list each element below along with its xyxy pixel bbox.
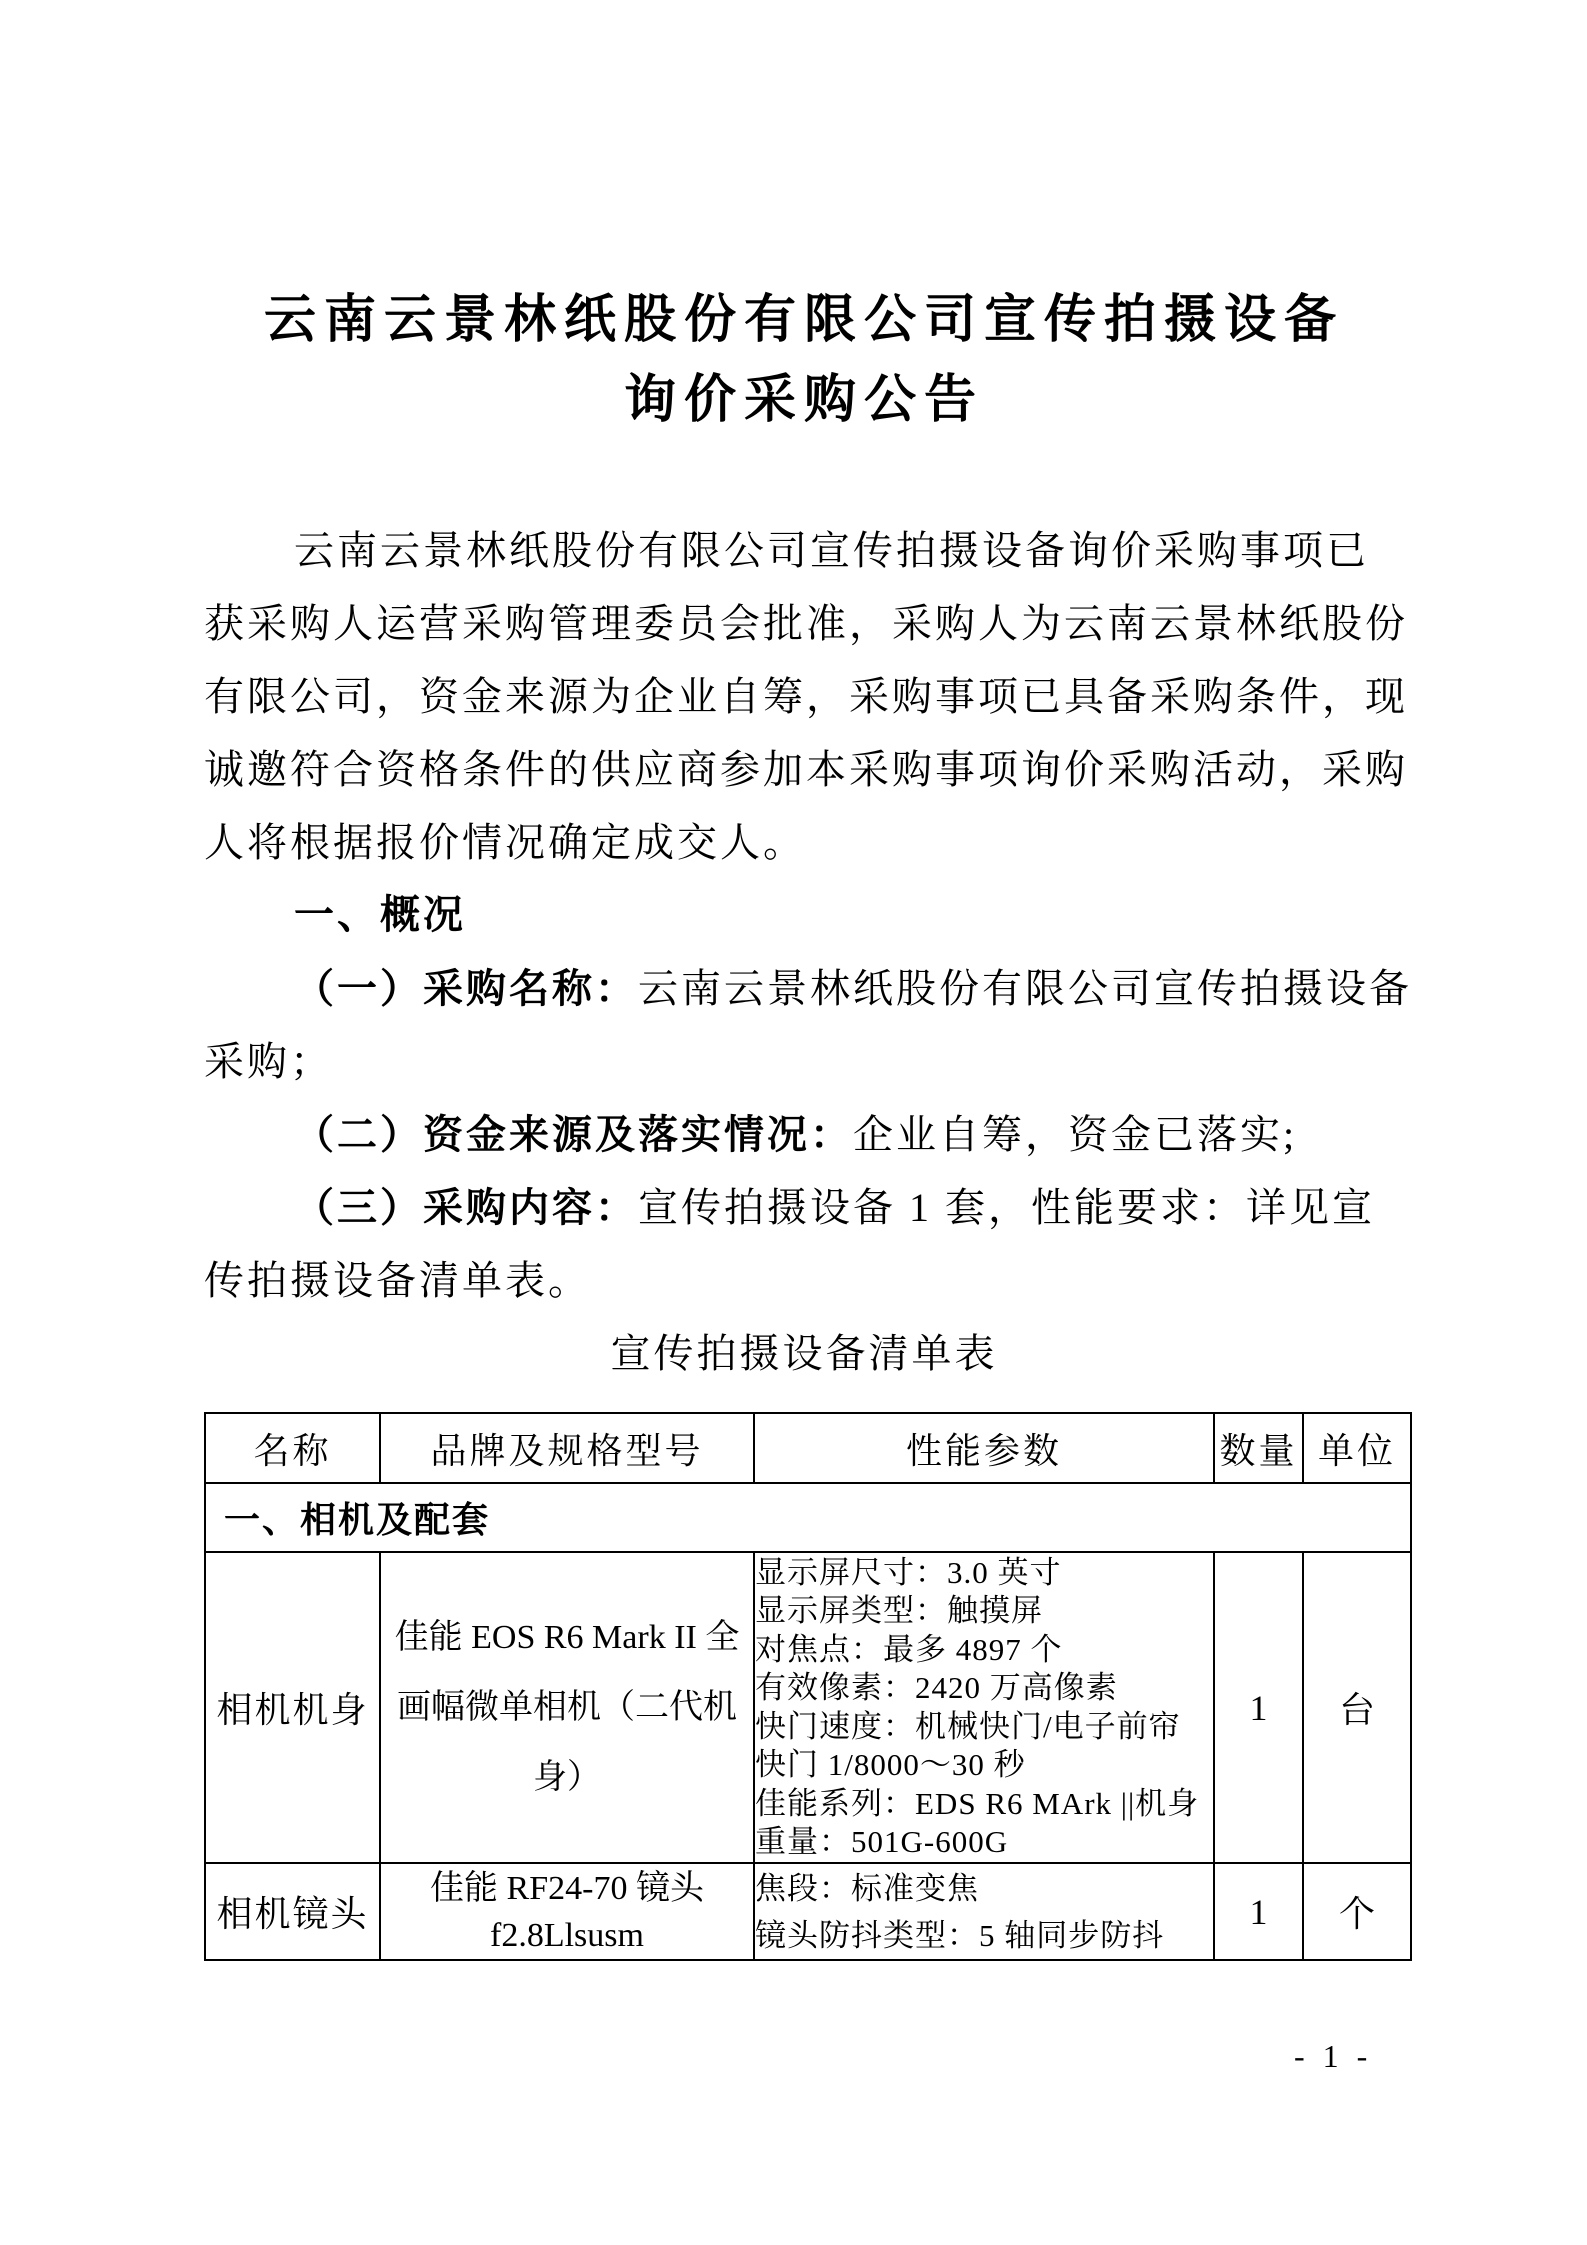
header-performance: 性能参数 — [754, 1413, 1214, 1483]
unit-cell: 个 — [1303, 1863, 1411, 1960]
intro-line: 人将根据报价情况确定成交人。 — [204, 806, 1404, 879]
brand-line: 佳能 EOS R6 Mark II 全 — [381, 1603, 753, 1673]
spec-line: 快门 1/8000～30 秒 — [755, 1746, 1213, 1785]
spec-line: 显示屏类型：触摸屏 — [755, 1592, 1213, 1631]
quantity-cell: 1 — [1214, 1863, 1303, 1960]
header-brand-model: 品牌及规格型号 — [380, 1413, 754, 1483]
unit-cell: 台 — [1303, 1552, 1411, 1863]
list-item-3-text: 宣传拍摄设备 1 套，性能要求：详见宣 — [638, 1185, 1375, 1230]
brand-model-cell: 佳能 RF24-70 镜头 f2.8Llsusm — [380, 1863, 754, 1960]
brand-model-cell: 佳能 EOS R6 Mark II 全 画幅微单相机（二代机 身） — [380, 1552, 754, 1863]
spec-line: 焦段：标准变焦 — [755, 1865, 1213, 1912]
list-item-3-label: （三）采购内容： — [294, 1185, 638, 1230]
section-heading: 一、概况 — [204, 879, 1404, 952]
intro-line: 云南云景林纸股份有限公司宣传拍摄设备询价采购事项已 — [204, 514, 1404, 587]
intro-line: 有限公司，资金来源为企业自筹，采购事项已具备采购条件，现 — [204, 660, 1404, 733]
brand-line: 画幅微单相机（二代机 — [381, 1673, 753, 1743]
list-item-1-label: （一）采购名称： — [294, 966, 638, 1011]
document-title: 云南云景林纸股份有限公司宣传拍摄设备 询价采购公告 — [204, 280, 1404, 440]
spec-line: 重量：501G-600G — [755, 1823, 1213, 1862]
header-quantity: 数量 — [1214, 1413, 1303, 1483]
document-body: 云南云景林纸股份有限公司宣传拍摄设备询价采购事项已 获采购人运营采购管理委员会批… — [204, 514, 1404, 1390]
intro-line: 获采购人运营采购管理委员会批准，采购人为云南云景林纸股份 — [204, 587, 1404, 660]
list-item-2-text: 企业自筹，资金已落实; — [853, 1112, 1297, 1157]
list-item-3-line-2: 传拍摄设备清单表。 — [204, 1244, 1404, 1317]
quantity-cell: 1 — [1214, 1552, 1303, 1863]
spec-line: 快门速度：机械快门/电子前帘 — [755, 1708, 1213, 1747]
brand-line: 身） — [381, 1743, 753, 1813]
item-name-cell: 相机机身 — [205, 1552, 380, 1863]
spec-line: 对焦点：最多 4897 个 — [755, 1631, 1213, 1670]
table-header-row: 名称 品牌及规格型号 性能参数 数量 单位 — [205, 1413, 1411, 1483]
list-item-1-line-1: （一）采购名称：云南云景林纸股份有限公司宣传拍摄设备 — [204, 952, 1404, 1025]
table-section-row: 一、相机及配套 — [205, 1483, 1411, 1552]
table-row: 相机镜头 佳能 RF24-70 镜头 f2.8Llsusm 焦段：标准变焦 镜头… — [205, 1863, 1411, 1960]
list-item-1-line-2: 采购； — [204, 1025, 1404, 1098]
table-section-label: 一、相机及配套 — [205, 1483, 1411, 1552]
list-item-3-line-1: （三）采购内容：宣传拍摄设备 1 套，性能要求：详见宣 — [204, 1171, 1404, 1244]
brand-line: f2.8Llsusm — [381, 1912, 753, 1959]
document-page: 云南云景林纸股份有限公司宣传拍摄设备 询价采购公告 云南云景林纸股份有限公司宣传… — [0, 0, 1587, 2245]
table-caption: 宣传拍摄设备清单表 — [204, 1317, 1404, 1390]
list-item-1-text: 云南云景林纸股份有限公司宣传拍摄设备 — [638, 966, 1412, 1011]
performance-cell: 焦段：标准变焦 镜头防抖类型：5 轴同步防抖 — [754, 1863, 1214, 1960]
header-unit: 单位 — [1303, 1413, 1411, 1483]
title-line-1: 云南云景林纸股份有限公司宣传拍摄设备 — [204, 280, 1404, 360]
brand-line: 佳能 RF24-70 镜头 — [381, 1865, 753, 1912]
list-item-2-line-1: （二）资金来源及落实情况：企业自筹，资金已落实; — [204, 1098, 1404, 1171]
spec-line: 有效像素：2420 万高像素 — [755, 1669, 1213, 1708]
list-item-2-label: （二）资金来源及落实情况： — [294, 1112, 853, 1157]
intro-line: 诚邀符合资格条件的供应商参加本采购事项询价采购活动，采购 — [204, 733, 1404, 806]
item-name-cell: 相机镜头 — [205, 1863, 380, 1960]
table-row: 相机机身 佳能 EOS R6 Mark II 全 画幅微单相机（二代机 身） 显… — [205, 1552, 1411, 1863]
title-line-2: 询价采购公告 — [204, 360, 1404, 440]
spec-line: 显示屏尺寸：3.0 英寸 — [755, 1554, 1213, 1593]
page-number: - 1 - — [1294, 2038, 1372, 2075]
header-name: 名称 — [205, 1413, 380, 1483]
performance-cell: 显示屏尺寸：3.0 英寸 显示屏类型：触摸屏 对焦点：最多 4897 个 有效像… — [754, 1552, 1214, 1863]
equipment-table: 名称 品牌及规格型号 性能参数 数量 单位 一、相机及配套 相机机身 佳能 EO… — [204, 1412, 1412, 1961]
spec-line: 佳能系列：EDS R6 MArk ||机身 — [755, 1785, 1213, 1824]
spec-line: 镜头防抖类型：5 轴同步防抖 — [755, 1912, 1213, 1959]
